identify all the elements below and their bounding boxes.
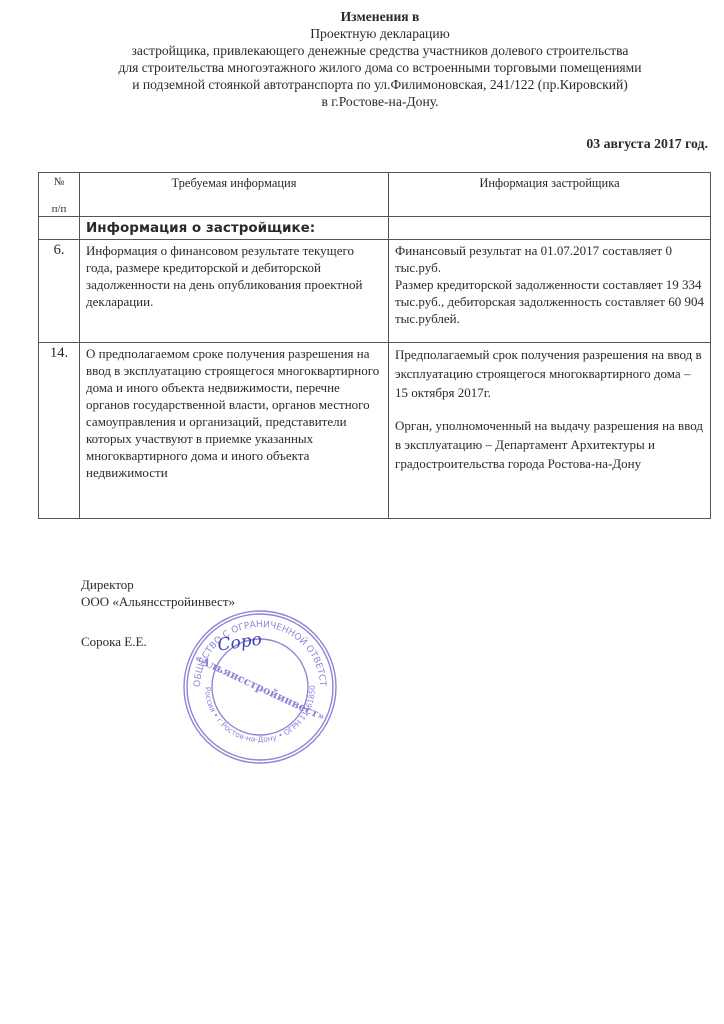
signer-position: Директор [81, 576, 235, 593]
document-heading: Изменения в Проектную декларацию застрой… [60, 8, 700, 110]
title-line: застройщика, привлекающего денежные сред… [60, 42, 700, 59]
row-number: 14. [39, 343, 80, 519]
header-required-info: Требуемая информация [80, 173, 389, 217]
section-title: Информация о застройщике: [80, 217, 389, 240]
table-header-row: № п/п Требуемая информация Информация за… [39, 173, 711, 217]
row-required: О предполагаемом сроке получения разреше… [80, 343, 389, 519]
header-developer-info: Информация застройщика [389, 173, 711, 217]
company-stamp: ОБЩЕСТВО С ОГРАНИЧЕННОЙ ОТВЕТСТВЕННОСТЬЮ… [180, 607, 340, 767]
section-row: Информация о застройщике: [39, 217, 711, 240]
row-number: 6. [39, 240, 80, 343]
table-row: 14. О предполагаемом сроке получения раз… [39, 343, 711, 519]
info-table: № п/п Требуемая информация Информация за… [38, 172, 711, 519]
row-required: Информация о финансовом результате текущ… [80, 240, 389, 343]
title-line: Изменения в [60, 8, 700, 25]
title-line: в г.Ростове-на-Дону. [60, 93, 700, 110]
title-line: и подземной стоянкой автотранспорта по у… [60, 76, 700, 93]
header-number: № п/п [39, 173, 80, 217]
document-date: 03 августа 2017 год. [586, 136, 708, 152]
title-line: Проектную декларацию [60, 25, 700, 42]
title-line: для строительства многоэтажного жилого д… [60, 59, 700, 76]
row-developer: Финансовый результат на 01.07.2017 соста… [389, 240, 711, 343]
table-row: 6. Информация о финансовом результате те… [39, 240, 711, 343]
row-developer: Предполагаемый срок получения разрешения… [389, 343, 711, 519]
